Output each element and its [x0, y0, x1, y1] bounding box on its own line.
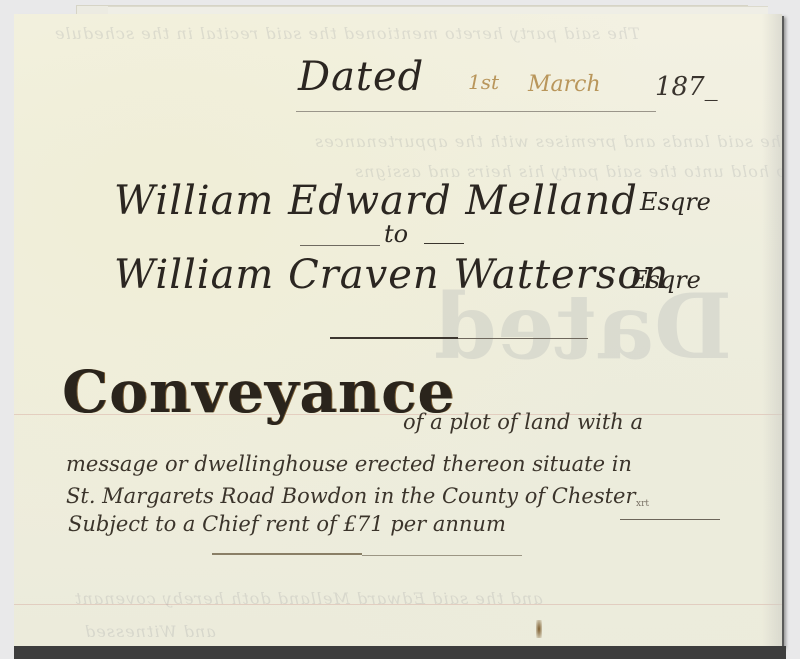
- show-through-text: and the said Edward Melland doth hereby …: [74, 589, 543, 608]
- show-through-text: and the said lands and premises with the…: [314, 132, 782, 151]
- party-two-name: William Craven Watterson: [114, 252, 669, 298]
- document-sheet: Dated The said party hereto mentioned th…: [14, 14, 782, 646]
- annum-underline: [620, 519, 720, 520]
- date-day: 1st: [468, 70, 499, 94]
- show-through-text: and Witnessed: [84, 622, 216, 641]
- body-line-3: St. Margarets Road Bowdon in the County …: [66, 484, 636, 508]
- party-one-name: William Edward Melland: [114, 178, 638, 224]
- connector-line-right: [424, 243, 464, 244]
- party-two-title: Esqre: [630, 266, 701, 294]
- ink-stain: [536, 620, 542, 638]
- party-one-title: Esqre: [640, 188, 711, 216]
- show-through-text: The said party hereto mentioned the said…: [54, 24, 640, 43]
- section-divider: [330, 337, 458, 339]
- body-line-4: Subject to a Chief rent of £71 per annum: [68, 512, 506, 536]
- closing-rule: [212, 553, 362, 555]
- sheet-edge-shadow: [762, 14, 782, 646]
- connector-line-left: [300, 245, 380, 246]
- date-month: March: [528, 72, 601, 97]
- closing-rule-tail: [362, 555, 522, 556]
- dated-label: Dated: [298, 54, 424, 100]
- body-line-2: message or dwellinghouse erected thereon…: [66, 452, 632, 476]
- scan-bottom-edge: [14, 646, 786, 659]
- date-underline: [296, 111, 656, 112]
- section-divider-tail: [458, 338, 588, 339]
- margin-annotation: xrt: [636, 499, 649, 509]
- body-line-1: of a plot of land with a: [403, 410, 643, 434]
- date-year: 187_: [655, 72, 718, 102]
- connector-to: to: [384, 220, 408, 248]
- document-heading: Conveyance: [62, 358, 455, 426]
